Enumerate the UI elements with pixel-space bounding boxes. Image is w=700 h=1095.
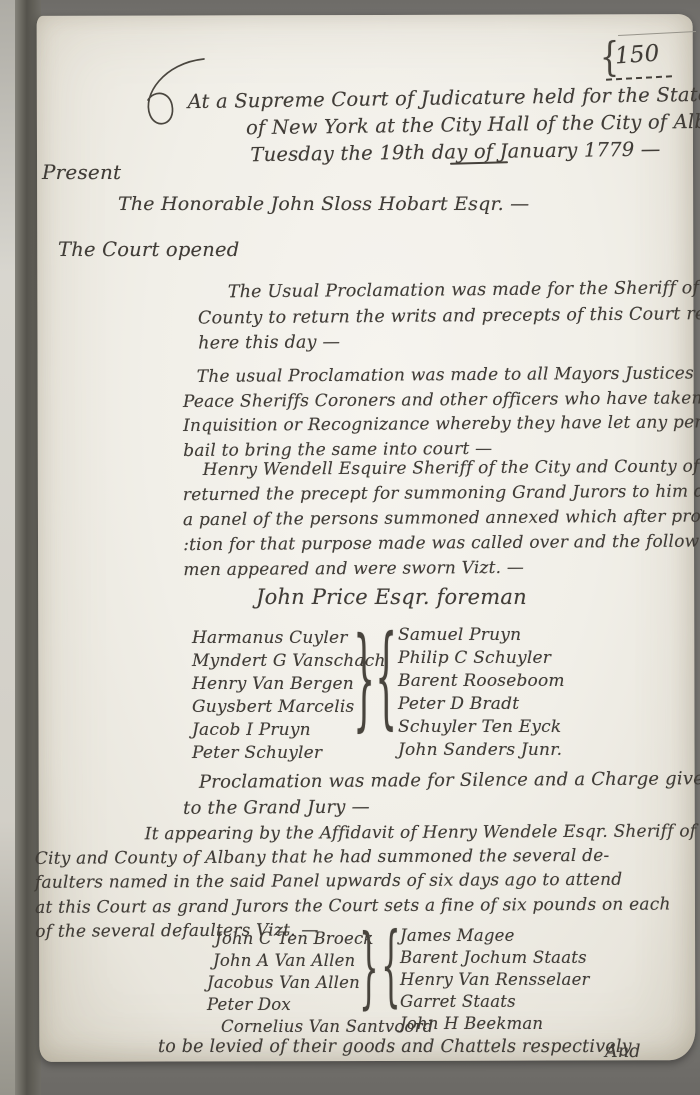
- catchword: And: [605, 1042, 641, 1062]
- manuscript-line: County to return the writs and precepts …: [198, 301, 700, 332]
- court-opened-line: The Court opened: [58, 238, 239, 261]
- defaulters-right-column: James Magee Barent Jochum Staats Henry V…: [400, 925, 590, 1035]
- manuscript-line: :tion for that purpose made was called o…: [183, 529, 700, 558]
- paragraph-wendell-precept: Henry Wendell Esquire Sheriff of the Cit…: [183, 454, 700, 583]
- foreman-line: John Price Esqr. foreman: [256, 585, 527, 609]
- present-label: Present: [42, 160, 121, 184]
- juror-name: Peter Schuyler: [192, 742, 386, 765]
- manuscript-line: Inquisition or Recognizance whereby they…: [183, 410, 700, 439]
- juror-name: Barent Rooseboom: [398, 670, 565, 693]
- juror-name: John Sanders Junr.: [398, 739, 565, 762]
- defaulter-name: Henry Van Rensselaer: [400, 969, 590, 991]
- juror-name: Peter D Bradt: [398, 693, 565, 716]
- manuscript-line: Proclamation was made for Silence and a …: [183, 766, 700, 796]
- defaulter-name: James Magee: [400, 925, 590, 947]
- manuscript-scan: { 150 At a Supreme Court of Judicature h…: [0, 0, 700, 1095]
- paragraph-proclamation-sheriffs: The Usual Proclamation was made for the …: [198, 275, 700, 357]
- manuscript-line: faulters named in the said Panel upwards…: [35, 868, 700, 896]
- judge-name: The Honorable John Sloss Hobart Esqr. —: [118, 193, 529, 215]
- paragraph-silence-charge: Proclamation was made for Silence and a …: [183, 766, 700, 822]
- grand-jury-brace-open: {: [375, 621, 397, 731]
- defaulter-name: Barent Jochum Staats: [400, 947, 590, 969]
- juror-name: Schuyler Ten Eyck: [398, 716, 565, 739]
- manuscript-line: men appeared and were sworn Vizt. —: [183, 554, 700, 583]
- manuscript-line: Peace Sheriffs Coroners and other office…: [183, 385, 700, 414]
- heading: At a Supreme Court of Judicature held fo…: [187, 80, 700, 169]
- manuscript-line: It appearing by the Affidavit of Henry W…: [35, 819, 700, 847]
- manuscript-line: The Usual Proclamation was made for the …: [198, 275, 700, 306]
- manuscript-line: here this day —: [198, 326, 700, 357]
- juror-name: Samuel Pruyn: [398, 624, 565, 647]
- levy-line: to be levied of their goods and Chattels…: [158, 1037, 632, 1057]
- book-page-edges: [0, 0, 15, 1095]
- defaulter-name: John H Beekman: [400, 1013, 590, 1035]
- manuscript-line: City and County of Albany that he had su…: [35, 843, 700, 871]
- manuscript-line: to the Grand Jury —: [183, 792, 700, 822]
- manuscript-line: returned the precept for summoning Grand…: [183, 479, 700, 508]
- juror-name: Philip C Schuyler: [398, 647, 565, 670]
- manuscript-line: The usual Proclamation was made to all M…: [183, 361, 700, 390]
- defaulters-brace-close: }: [359, 924, 378, 1012]
- manuscript-line: Henry Wendell Esquire Sheriff of the Cit…: [183, 454, 700, 483]
- grand-jury-brace-close: }: [353, 623, 375, 733]
- paragraph-proclamation-mayors: The usual Proclamation was made to all M…: [183, 361, 700, 463]
- grand-jury-right-column: Samuel Pruyn Philip C Schuyler Barent Ro…: [398, 624, 565, 762]
- page-number: 150: [614, 40, 660, 69]
- defaulter-name: Garret Staats: [400, 991, 590, 1013]
- defaulters-brace-open: {: [381, 922, 400, 1010]
- manuscript-line: a panel of the persons summoned annexed …: [183, 504, 700, 533]
